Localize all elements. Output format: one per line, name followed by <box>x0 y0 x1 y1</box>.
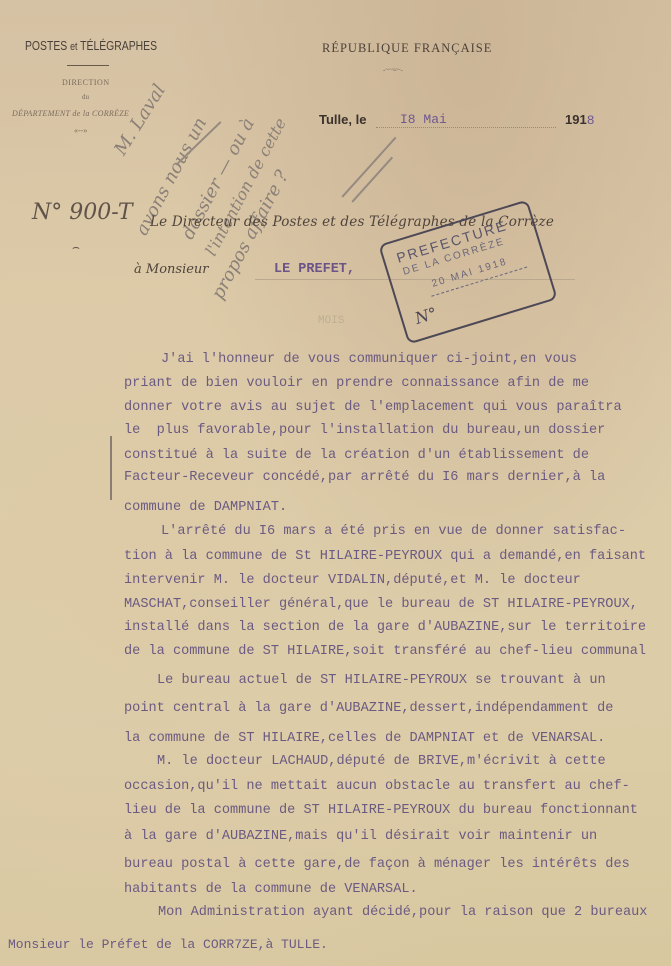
body-line: priant de bien vouloir en prendre connai… <box>124 377 589 391</box>
date-day-month: I8 Mai <box>400 112 447 127</box>
body-line: tion à la commune de St HILAIRE-PEYROUX … <box>124 550 646 564</box>
letterhead-telegraphes: TÉLÉGRAPHES <box>80 38 157 53</box>
body-line: MASCHAT,conseiller général,que le bureau… <box>124 598 638 612</box>
body-line: occasion,qu'il ne mettait aucun obstacle… <box>124 780 630 794</box>
letterhead-du: du <box>82 93 89 101</box>
letterhead-department: DÉPARTEMENT de la CORRÈZE <box>12 109 129 118</box>
body-line: de la commune de ST HILAIRE,soit transfé… <box>124 645 646 659</box>
body-line: Facteur-Receveur concédé,par arrêté du I… <box>124 471 605 485</box>
margin-mark <box>110 436 112 500</box>
body-line: bureau postal à cette gare,de façon à mé… <box>124 858 630 872</box>
body-line: L'arrêté du I6 mars a été pris en vue de… <box>161 525 626 539</box>
body-line: installé dans la section de la gare d'AU… <box>124 621 646 635</box>
body-line: habitants de la commune de VENARSAL. <box>124 883 418 897</box>
body-line: M. le docteur LACHAUD,député de BRIVE,m'… <box>157 755 606 769</box>
body-line: la commune de ST HILAIRE,celles de DAMPN… <box>124 732 605 746</box>
body-line: donner votre avis au sujet de l'emplacem… <box>124 401 622 415</box>
body-line: à la gare d'AUBAZINE,mais qu'il désirait… <box>124 830 597 844</box>
stamp-number-label: N° <box>413 303 440 328</box>
letterhead-republique: RÉPUBLIQUE FRANÇAISE <box>322 41 492 56</box>
letterhead-postes: POSTES <box>25 38 67 53</box>
date-year-printed: 191 <box>565 112 587 127</box>
letterhead-right-ornament: -~~≈~- <box>383 66 403 74</box>
body-line: constitué à la suite de la création d'un… <box>124 449 589 463</box>
recipient-name: LE PREFET, <box>274 262 355 277</box>
body-line: point central à la gare d'AUBAZINE,desse… <box>124 702 613 716</box>
letterhead-rule <box>67 65 109 66</box>
date-dotted-line <box>376 127 556 128</box>
body-line: Le bureau actuel de ST HILAIRE-PEYROUX s… <box>157 674 606 688</box>
recipient-prefix: à Monsieur <box>134 262 209 277</box>
handwritten-line-1: M. Laval <box>110 81 170 159</box>
date-year: 1918 <box>565 112 595 128</box>
body-line: le plus favorable,pour l'installation du… <box>124 424 605 438</box>
faint-mark: MOIS <box>318 315 344 327</box>
document-page: POSTES et TÉLÉGRAPHES DIRECTION du DÉPAR… <box>0 0 671 966</box>
footer-addressee: Monsieur le Préfet de la CORR7ZE,à TULLE… <box>8 937 328 952</box>
body-line: lieu de la commune de ST HILAIRE-PEYROUX… <box>124 804 638 818</box>
pencil-stroke <box>341 137 396 197</box>
body-line: J'ai l'honneur de vous communiquer ci-jo… <box>161 353 577 367</box>
letterhead-ornament: «--» <box>74 126 87 135</box>
body-line: commune de DAMPNIAT. <box>124 501 287 515</box>
letterhead-et: et <box>70 41 77 53</box>
body-line: Mon Administration ayant décidé,pour la … <box>158 906 647 920</box>
date-year-typed-digit: 8 <box>587 113 595 128</box>
reference-number: N° 900-T <box>32 200 133 225</box>
letterhead-direction: DIRECTION <box>62 78 110 87</box>
date-label: Tulle, le <box>319 112 366 127</box>
body-line: intervenir M. le docteur VIDALIN,député,… <box>124 574 581 588</box>
reference-ornament: ⌢ <box>72 240 80 255</box>
letterhead-left-title: POSTES et TÉLÉGRAPHES <box>25 38 157 53</box>
